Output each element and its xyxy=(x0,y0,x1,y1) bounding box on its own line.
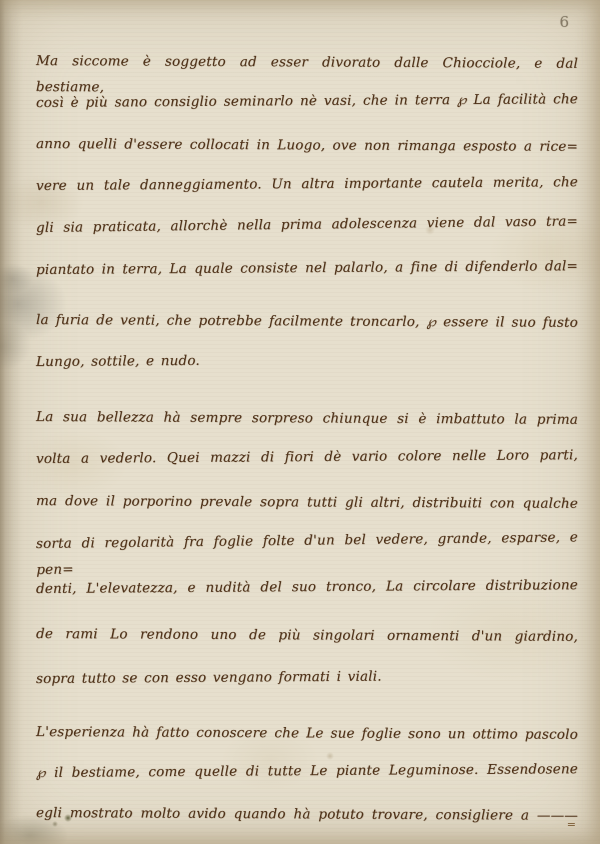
manuscript-line: sorta di regolarità fra foglie folte d'u… xyxy=(36,524,578,561)
manuscript-line: vere un tale danneggiamento. Un altra im… xyxy=(36,169,578,203)
manuscript-line: denti, L'elevatezza, e nudità del suo tr… xyxy=(36,572,578,606)
manuscript-line: de rami Lo rendono uno de più singolari … xyxy=(36,621,578,654)
manuscript-line: così è più sano consiglio seminarlo nè v… xyxy=(36,86,578,120)
manuscript-line: sopra tutto se con esso vengano formati … xyxy=(36,662,578,696)
manuscript-line: egli mostrato molto avido quando hà potu… xyxy=(36,800,578,833)
manuscript-line: piantato in terra, La quale consiste nel… xyxy=(36,253,578,287)
manuscript-line: Ma siccome è soggetto ad esser divorato … xyxy=(36,48,578,81)
end-mark: = xyxy=(567,818,576,831)
manuscript-line: L'esperienza hà fatto conoscere che Le s… xyxy=(36,719,578,752)
manuscript-line: volta a vederlo. Quei mazzi di fiori dè … xyxy=(36,442,578,476)
page-number: 6 xyxy=(559,13,569,31)
manuscript-line: Lungo, sottile, e nudo. xyxy=(36,345,578,379)
manuscript-line: La sua bellezza hà sempre sorpreso chiun… xyxy=(36,404,578,437)
manuscript-line: ma dove il porporino prevale sopra tutti… xyxy=(36,488,578,521)
manuscript-line: la furia de venti, che potrebbe facilmen… xyxy=(36,307,578,340)
manuscript-line: gli sia praticata, allorchè nella prima … xyxy=(36,208,578,245)
manuscript-line: anno quelli d'essere collocati in Luogo,… xyxy=(36,131,578,164)
manuscript-line: ℘ il bestiame, come quelle di tutte Le p… xyxy=(36,756,578,790)
manuscript-page: 6 Ma siccome è soggetto ad esser divorat… xyxy=(0,0,600,844)
